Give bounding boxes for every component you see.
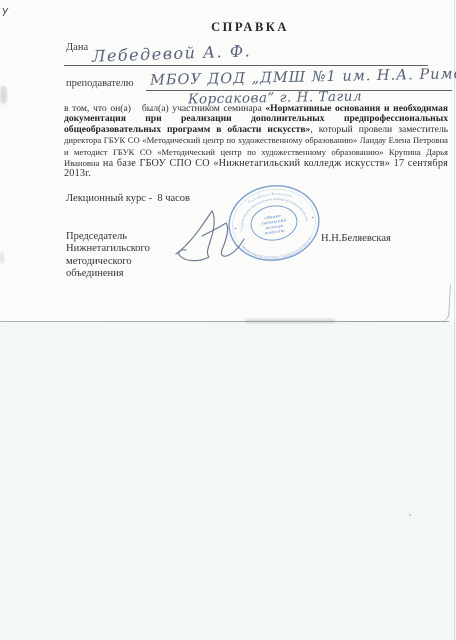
document-title: СПРАВКА xyxy=(0,20,456,35)
fold-smudge-artifact xyxy=(245,319,335,323)
scan-edge-shadow xyxy=(454,0,455,640)
body-mid: , который провели заместитель xyxy=(310,124,448,135)
scan-speck-artifact xyxy=(409,514,411,516)
certificate-body-paragraph: в том, что он(а) был(а) участником семин… xyxy=(64,104,448,180)
fill-in-underline xyxy=(64,65,428,66)
page-fold-line xyxy=(0,321,449,322)
position-line: объединения xyxy=(66,268,150,280)
teacher-label: преподавателю xyxy=(66,78,134,89)
handwritten-signature xyxy=(172,202,272,264)
body-intro: в том, что он(а) был(а) участником семин… xyxy=(64,103,265,114)
position-line: Председатель xyxy=(66,231,150,243)
position-line: Нижнетагильского xyxy=(66,243,150,255)
signatory-name: Н.Н.Беляевская xyxy=(321,233,391,244)
pen-mark-artifact xyxy=(2,6,12,18)
scanner-background-area xyxy=(0,322,456,640)
position-line: методического xyxy=(66,256,150,268)
scanned-certificate-page: СПРАВКА Дана Лебедевой А. Ф. преподавате… xyxy=(0,0,456,640)
signatory-position-block: Председатель Нижнетагильского методическ… xyxy=(66,231,150,281)
body-venue-date: на базе ГБОУ СПО СО «Нижнетагильский кол… xyxy=(64,158,448,179)
page-curl-edge xyxy=(440,284,451,322)
scan-smudge-artifact xyxy=(0,86,7,104)
scan-smudge-artifact xyxy=(0,252,4,264)
handwritten-school-line1: МБОУ ДОД „ДМШ №1 им. Н.А. Римского- xyxy=(150,65,456,88)
handwritten-recipient-name: Лебедевой А. Ф. xyxy=(92,41,252,66)
given-to-label: Дана xyxy=(66,42,88,53)
